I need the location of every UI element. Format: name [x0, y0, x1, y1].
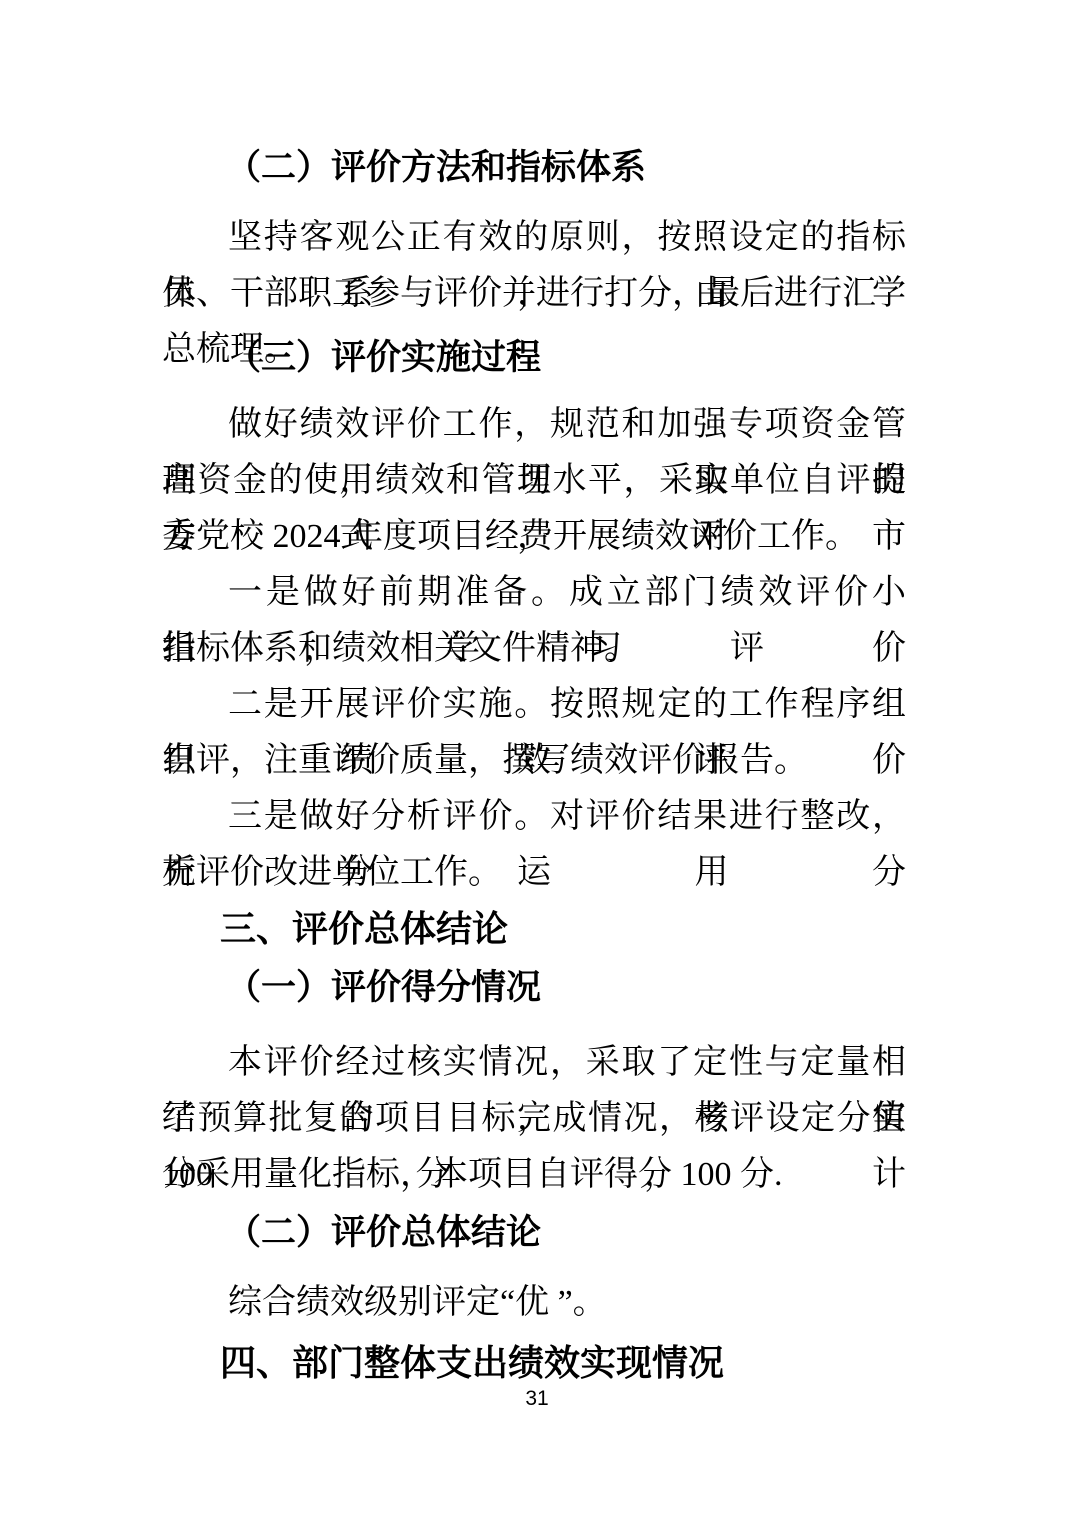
- document-body: （二）评价方法和指标体系 坚持客观公正有效的原则，按照设定的指标体系，由学 员、…: [162, 140, 906, 1391]
- para-overall-rating: 综合绩效级别评定“优 ”。: [162, 1275, 906, 1331]
- heading-eval-overall-conclusion: （二）评价总体结论: [162, 1205, 906, 1261]
- heading-eval-implementation-process: （三）评价实施过程: [162, 330, 906, 386]
- para-step-two-line-2: 自评，注重评价质量，撰写绩效评价报告。: [162, 733, 906, 789]
- document-page: （二）评价方法和指标体系 坚持客观公正有效的原则，按照设定的指标体系，由学 员、…: [0, 0, 1074, 1520]
- para-implementation-line-1: 做好绩效评价工作，规范和加强专项资金管理，切实提: [162, 397, 906, 453]
- para-step-two-line-1: 二是开展评价实施。按照规定的工作程序组织绩效评价: [162, 677, 906, 733]
- para-eval-methods-line-2: 员、干部职工参与评价并进行打分，最后进行汇总梳理。: [162, 266, 906, 322]
- page-number: 31: [0, 1386, 1074, 1412]
- para-step-one-line-1: 一是做好前期准备。成立部门绩效评价小组，学习评价: [162, 565, 906, 621]
- para-step-three-line-1: 三是做好分析评价。对评价结果进行整改，充分运用分: [162, 789, 906, 845]
- para-implementation-line-2: 高资金的使用绩效和管理水平，采取单位自评的方式，对市: [162, 453, 906, 509]
- heading-department-expenditure-performance: 四、部门整体支出绩效实现情况: [162, 1335, 906, 1391]
- heading-eval-methods-and-indicators: （二）评价方法和指标体系: [162, 140, 906, 196]
- para-eval-methods-line-1: 坚持客观公正有效的原则，按照设定的指标体系，由学: [162, 210, 906, 266]
- para-score-line-2: 了预算批复的项目目标完成情况，考评设定分值 100 分，计: [162, 1091, 906, 1147]
- para-implementation-line-3: 委党校 2024 年度项目经费开展绩效评价工作。: [162, 509, 906, 565]
- heading-eval-score-situation: （一）评价得分情况: [162, 960, 906, 1016]
- heading-overall-conclusion-section: 三、评价总体结论: [162, 901, 906, 957]
- para-score-line-1: 本评价经过核实情况，采取了定性与定量相结合，核实: [162, 1035, 906, 1091]
